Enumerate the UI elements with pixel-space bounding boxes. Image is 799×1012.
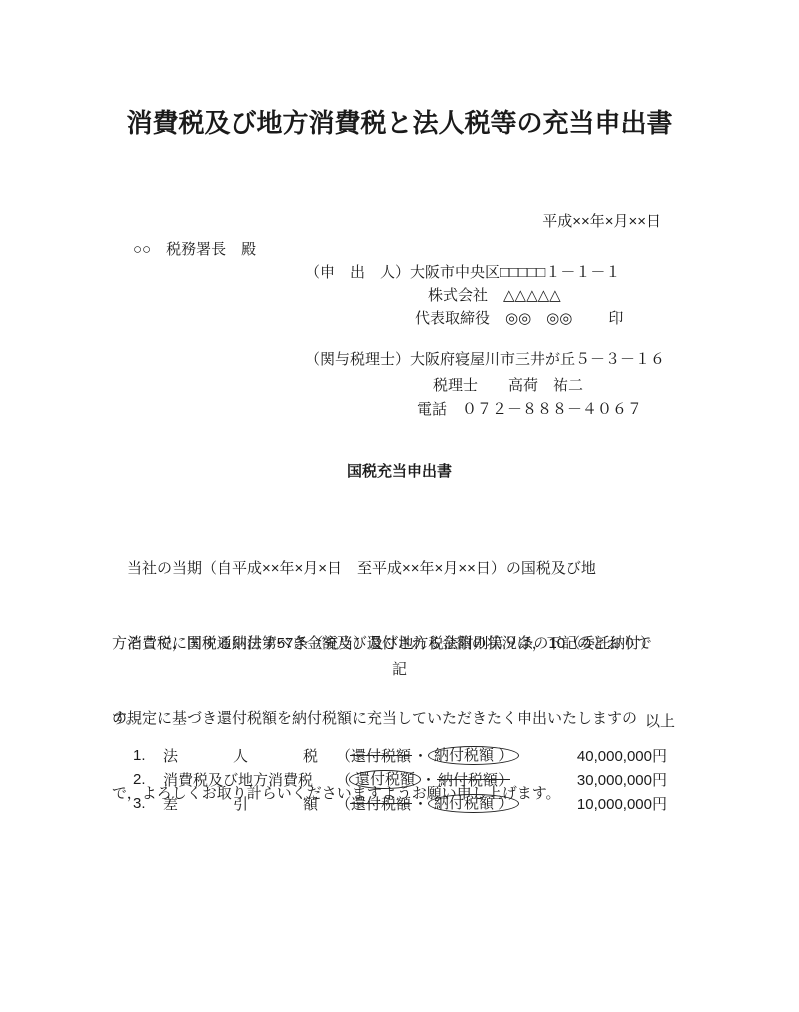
note-start-marker: 記 <box>0 658 799 679</box>
close-paren: ） <box>498 769 513 790</box>
refund-option-struck: 還付税額 <box>351 745 411 766</box>
note-end-marker: 以上 <box>645 710 675 731</box>
label-char: 人 <box>233 745 248 766</box>
payment-option-label: 納付税額 <box>434 795 494 812</box>
addressee-line: ○○ 税務署長 殿 <box>133 238 256 259</box>
item-label: 法 人 税 <box>163 745 328 766</box>
close-paren: ） <box>498 747 513 764</box>
body-paragraph-2: そこで，国税通則法第57条（充当）及び地方税法附則第９条の10（委託納付） の規… <box>112 581 692 856</box>
applicant-representative: 代表取締役 ◎◎ ◎◎ <box>415 310 572 327</box>
payment-option-circled: 納付税額） <box>428 746 519 765</box>
item-number: 2. <box>133 771 163 788</box>
applicant-label: （申 出 人） <box>305 264 410 281</box>
document-subtitle: 国税充当申出書 <box>0 460 799 481</box>
document-title: 消費税及び地方消費税と法人税等の充当申出書 <box>0 103 799 140</box>
label-char: 法 <box>163 745 178 766</box>
payment-option-label: 納付税額 <box>434 747 494 764</box>
accountant-address: 大阪府寝屋川市三井が丘５－３－１６ <box>410 351 665 368</box>
label-char: 税 <box>303 745 318 766</box>
applicant-representative-line: 代表取締役 ◎◎ ◎◎印 <box>415 307 623 328</box>
paragraph-line: そこで，国税通則法第57条（充当）及び地方税法附則第９条の10（委託納付） <box>112 631 692 656</box>
accountant-address-line: （関与税理士）大阪府寝屋川市三井が丘５－３－１６ <box>305 348 665 369</box>
applicant-address-line: （申 出 人）大阪市中央区□□□□□１－１－１ <box>305 261 620 282</box>
payment-option-circled: 納付税額） <box>428 794 519 813</box>
refund-option-circled: 還付税額 <box>349 770 421 789</box>
accountant-name: 税理士 高荷 祐二 <box>433 374 583 395</box>
refund-option-label: 還付税額 <box>355 771 415 788</box>
item-number: 1. <box>133 747 163 764</box>
item-number: 3. <box>133 795 163 812</box>
seal-mark: 印 <box>608 310 623 327</box>
label-char: 差 <box>163 793 178 814</box>
document-page: 消費税及び地方消費税と法人税等の充当申出書 平成××年×月××日 ○○ 税務署長… <box>0 0 799 1012</box>
label-char: 引 <box>233 793 248 814</box>
accountant-label: （関与税理士） <box>305 351 410 368</box>
item-amount: 40,000,000円 <box>577 745 667 766</box>
open-paren: （ <box>336 745 351 766</box>
paragraph-line: の規定に基づき還付税額を納付税額に充当していただきたく申出いたしますの <box>112 706 692 731</box>
item-amount: 10,000,000円 <box>577 793 667 814</box>
table-row: 2. 消費税及び地方消費税 （ 還付税額 ・ 納付税額 ） 30,000,000… <box>133 769 667 790</box>
option-separator: ・ <box>413 745 428 766</box>
document-date: 平成××年×月××日 <box>542 210 661 231</box>
item-label: 消費税及び地方消費税 <box>163 769 328 790</box>
label-char: 額 <box>303 793 318 814</box>
accountant-phone: 電話 ０７２－８８８－４０６７ <box>417 398 642 419</box>
applicant-address: 大阪市中央区□□□□□１－１－１ <box>410 264 620 281</box>
item-label: 差 引 額 <box>163 793 328 814</box>
paragraph-line: 当社の当期（自平成××年×月×日 至平成××年×月××日）の国税及び地 <box>112 556 692 581</box>
open-paren: （ <box>336 793 351 814</box>
table-row: 1. 法 人 税 （ 還付税額 ・ 納付税額） 40,000,000円 <box>133 745 667 766</box>
item-amount: 30,000,000円 <box>577 769 667 790</box>
option-group: （ 還付税額 ・ 納付税額） <box>336 745 517 766</box>
payment-option-struck: 納付税額 <box>438 769 498 790</box>
refund-option-struck: 還付税額 <box>351 793 411 814</box>
table-row: 3. 差 引 額 （ 還付税額 ・ 納付税額） 10,000,000円 <box>133 793 667 814</box>
option-group: （ 還付税額 ・ 納付税額 ） <box>336 769 513 790</box>
option-separator: ・ <box>413 793 428 814</box>
option-separator: ・ <box>421 769 436 790</box>
close-paren: ） <box>498 795 513 812</box>
applicant-company: 株式会社 △△△△△ <box>428 284 561 305</box>
option-group: （ 還付税額 ・ 納付税額） <box>336 793 517 814</box>
